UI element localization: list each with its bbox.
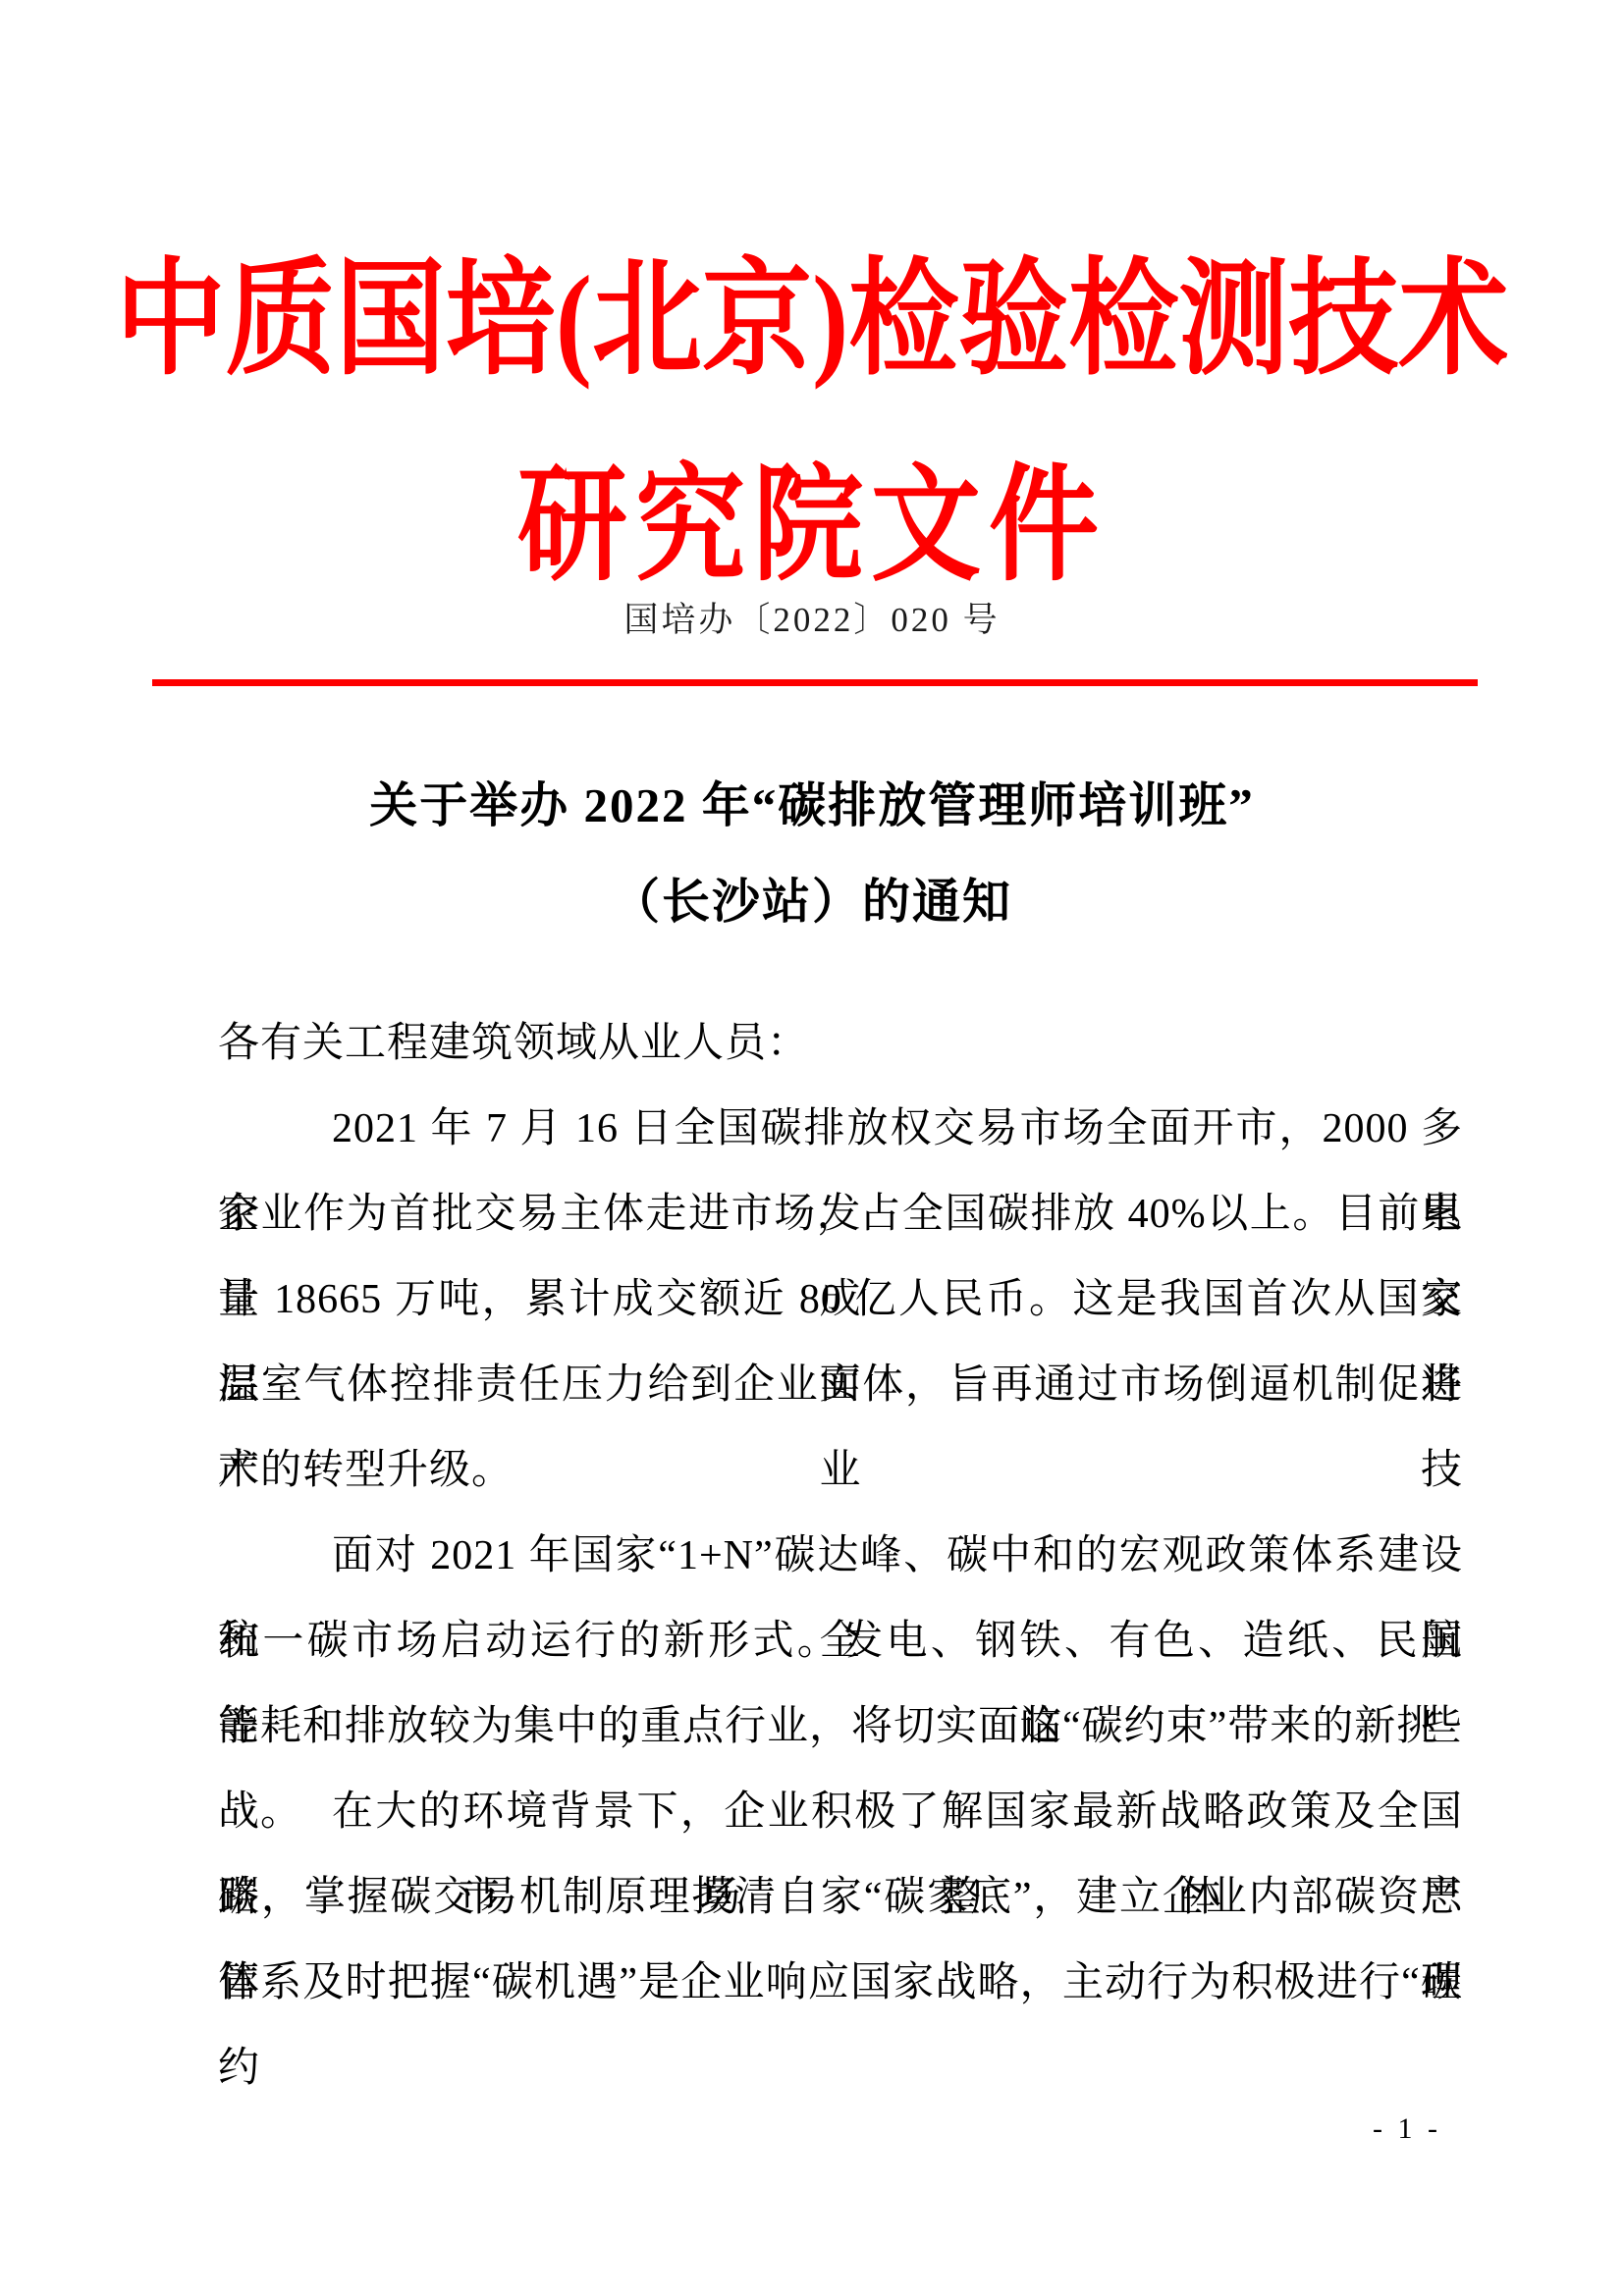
body-line: 企业作为首批交易主体走进市场，占全国碳排放 40%以上。目前累计成交 [218,1172,1463,1257]
body-line: 面对 2021 年国家“1+N”碳达峰、碳中和的宏观政策体系建设和全国 [218,1514,1463,1599]
red-divider-line [152,679,1478,686]
document-body: 各有关工程建筑领域从业人员： 2021 年 7 月 16 日全国碳排放权交易市场… [218,1001,1463,2026]
body-line: 统一碳市场启动运行的新形式。发电、钢铁、有色、造纸、民航等，这些 [218,1599,1463,1684]
subject-title-line2: （长沙站）的通知 [0,864,1624,933]
body-line: 能耗和排放较为集中的重点行业，将切实面临“碳约束”带来的新挑战。 [218,1684,1463,1770]
subject-title-line1: 关于举办 2022 年“碳排放管理师培训班” [0,768,1624,836]
page-number: - 1 - [1373,2112,1441,2146]
letterhead-org-title-line2: 研究院文件 [0,424,1624,606]
salutation-line: 各有关工程建筑领域从业人员： [218,1001,1463,1087]
document-page: 中质国培(北京)检验检测技术 研究院文件 国培办〔2022〕020 号 关于举办… [0,0,1624,2296]
body-line: 路，掌握碳交易机制原理摸清自家“碳家底”，建立企业内部碳资产管理 [218,1855,1463,1941]
body-line: 2021 年 7 月 16 日全国碳排放权交易市场全面开市，2000 多家发电 [218,1087,1463,1172]
body-line: 在大的环境背景下，企业积极了解国家最新战略政策及全国碳市场整体思 [218,1770,1463,1855]
letterhead-org-title-line1: 中质国培(北京)检验检测技术 [0,218,1624,400]
body-line: 体系及时把握“碳机遇”是企业响应国家战略，主动行为积极进行“碳约 [218,1941,1463,2026]
document-number: 国培办〔2022〕020 号 [0,593,1624,642]
body-paragraphs: 2021 年 7 月 16 日全国碳排放权交易市场全面开市，2000 多家发电企… [218,1087,1463,2026]
body-line: 量 18665 万吨，累计成交额近 80 亿人民币。这是我国首次从国家层面将 [218,1257,1463,1343]
body-line: 温室气体控排责任压力给到企业实体，旨再通过市场倒逼机制促进产业技 [218,1343,1463,1428]
